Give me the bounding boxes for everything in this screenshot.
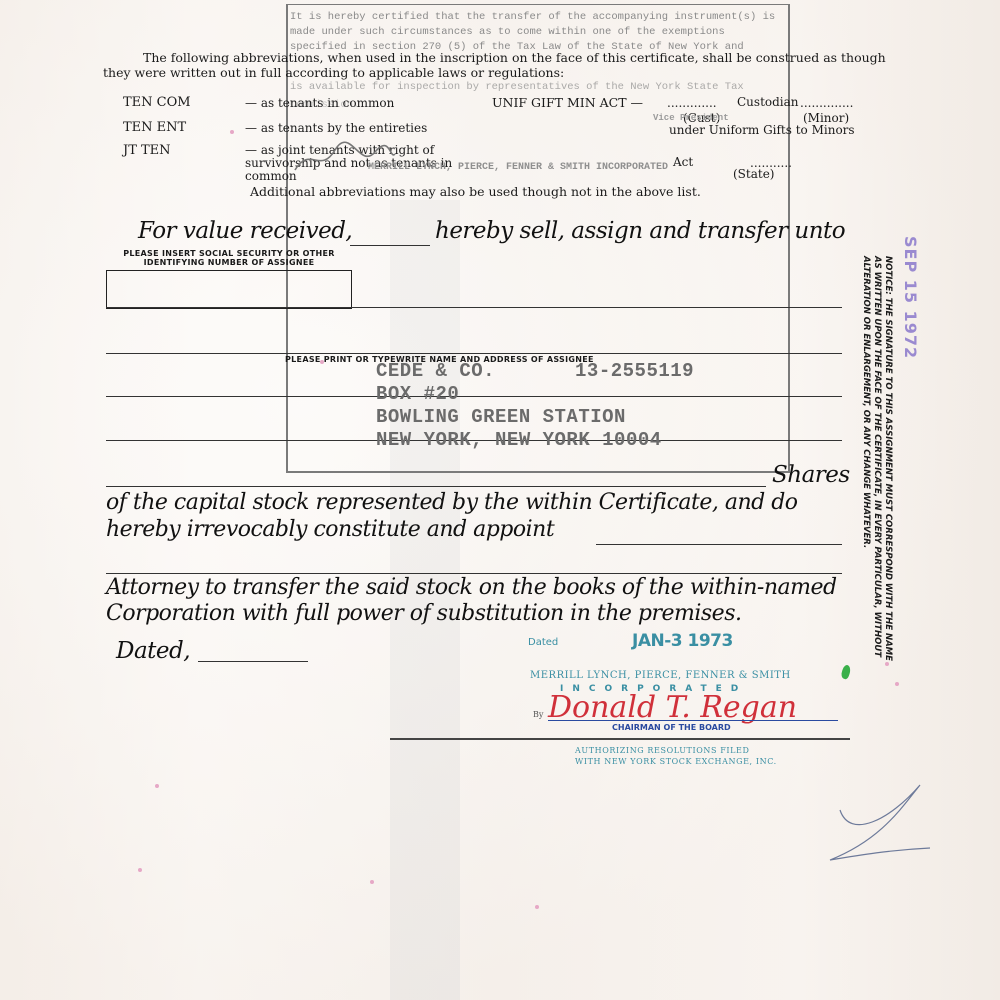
- stamp-text: It is hereby certified that the transfer…: [290, 10, 775, 55]
- notice-line3: ALTERATION OR ENLARGEMENT, OR ANY CHANGE…: [860, 256, 871, 661]
- resolution-line2: WITH NEW YORK STOCK EXCHANGE, INC.: [575, 757, 777, 766]
- ink-speck: [535, 905, 539, 909]
- abbreviations-intro-2: they were written out in full according …: [103, 65, 564, 80]
- ink-speck: [885, 662, 889, 666]
- def-ten-ent: — as tenants by the entireties: [245, 122, 427, 135]
- hereby-sell-text: hereby sell, assign and transfer unto: [435, 218, 845, 244]
- stamp-text-lower: is available for inspection by represent…: [290, 80, 744, 95]
- signature-line: [548, 720, 838, 721]
- hereby-appoint-text: hereby irrevocably constitute and appoin…: [106, 517, 554, 542]
- merrill-overstamp: MERRILL LYNCH, PIERCE, FENNER & SMITH IN…: [368, 160, 668, 175]
- custodian-dots: ..............: [800, 97, 853, 110]
- capital-stock-text: of the capital stock represented by the …: [106, 490, 798, 515]
- ssn-label-line1: PLEASE INSERT SOCIAL SECURITY OR OTHER: [106, 249, 352, 258]
- ssn-input-box[interactable]: [106, 270, 352, 309]
- pencil-mark: [780, 780, 940, 870]
- abbreviations-intro: The following abbreviations, when used i…: [143, 50, 886, 65]
- abbr-ten-ent: TEN ENT: [123, 120, 186, 135]
- custodian-label: Custodian: [737, 96, 799, 109]
- notice-line1: NOTICE: THE SIGNATURE TO THIS ASSIGNMENT…: [882, 256, 893, 661]
- assignee-address: CEDE & CO.13-2555119 BOX #20 BOWLING GRE…: [376, 360, 694, 452]
- gift-act-label: UNIF GIFT MIN ACT —: [492, 95, 643, 110]
- ink-speck: [320, 360, 324, 364]
- signature-rule: [390, 738, 850, 740]
- def-ten-com: — as tenants in common: [245, 97, 394, 110]
- resolution-line1: AUTHORIZING RESOLUTIONS FILED: [575, 746, 750, 755]
- ssn-label-line2: IDENTIFYING NUMBER OF ASSIGNEE: [106, 258, 352, 267]
- shares-label: Shares: [772, 462, 850, 488]
- state-label: (State): [733, 168, 774, 181]
- by-label: By: [533, 710, 543, 719]
- stamp-line: is available for inspection by represent…: [290, 80, 744, 95]
- stamp-line: made under such circumstances as to come…: [290, 25, 775, 40]
- assignee-city: NEW YORK, NEW YORK 10004: [376, 429, 694, 452]
- abbreviations-footer: Additional abbreviations may also be use…: [250, 185, 701, 198]
- signature-notice: NOTICE: THE SIGNATURE TO THIS ASSIGNMENT…: [860, 256, 893, 661]
- ink-speck: [138, 868, 142, 872]
- stamp-line: It is hereby certified that the transfer…: [290, 10, 775, 25]
- dated-stamp-label: Dated: [528, 637, 558, 648]
- act-label: Act: [673, 156, 693, 169]
- received-date-stamp: SEP 15 1972: [901, 236, 920, 359]
- attorney-name-line: [596, 544, 842, 545]
- ink-speck: [895, 682, 899, 686]
- under-ugma-label: under Uniform Gifts to Minors: [669, 124, 855, 137]
- initials-scribble: [290, 140, 400, 180]
- attorney-name-line-2: [106, 573, 842, 574]
- assignee-line-2: [106, 353, 842, 354]
- assignor-blank-line: [350, 245, 430, 246]
- abbr-ten-com: TEN COM: [123, 95, 191, 110]
- notice-line2: AS WRITTEN UPON THE FACE OF THE CERTIFIC…: [871, 256, 882, 661]
- gift-act-dots: .............: [667, 97, 717, 110]
- dated-line: [198, 661, 308, 662]
- assignee-name: CEDE & CO.13-2555119: [376, 360, 694, 383]
- company-name: MERRILL LYNCH, PIERCE, FENNER & SMITH: [530, 670, 791, 681]
- assignee-station: BOWLING GREEN STATION: [376, 406, 694, 429]
- corporation-text: Corporation with full power of substitut…: [106, 601, 742, 626]
- chairman-title: CHAIRMAN OF THE BOARD: [612, 723, 731, 732]
- dated-stamp-value: JAN-3 1973: [632, 631, 733, 651]
- ink-speck: [230, 130, 234, 134]
- assignee-tax-id: 13-2555119: [575, 360, 694, 382]
- attorney-text: Attorney to transfer the said stock on t…: [106, 575, 837, 600]
- shares-line: [106, 486, 766, 487]
- assignee-box: BOX #20: [376, 383, 694, 406]
- assignee-line-1: [106, 307, 842, 308]
- ink-speck: [370, 880, 374, 884]
- abbr-jt-ten: JT TEN: [123, 143, 171, 158]
- dated-label: Dated,: [116, 638, 190, 664]
- ssn-label: PLEASE INSERT SOCIAL SECURITY OR OTHER I…: [106, 249, 352, 267]
- for-value-received: For value received,: [138, 218, 352, 244]
- ink-speck: [155, 784, 159, 788]
